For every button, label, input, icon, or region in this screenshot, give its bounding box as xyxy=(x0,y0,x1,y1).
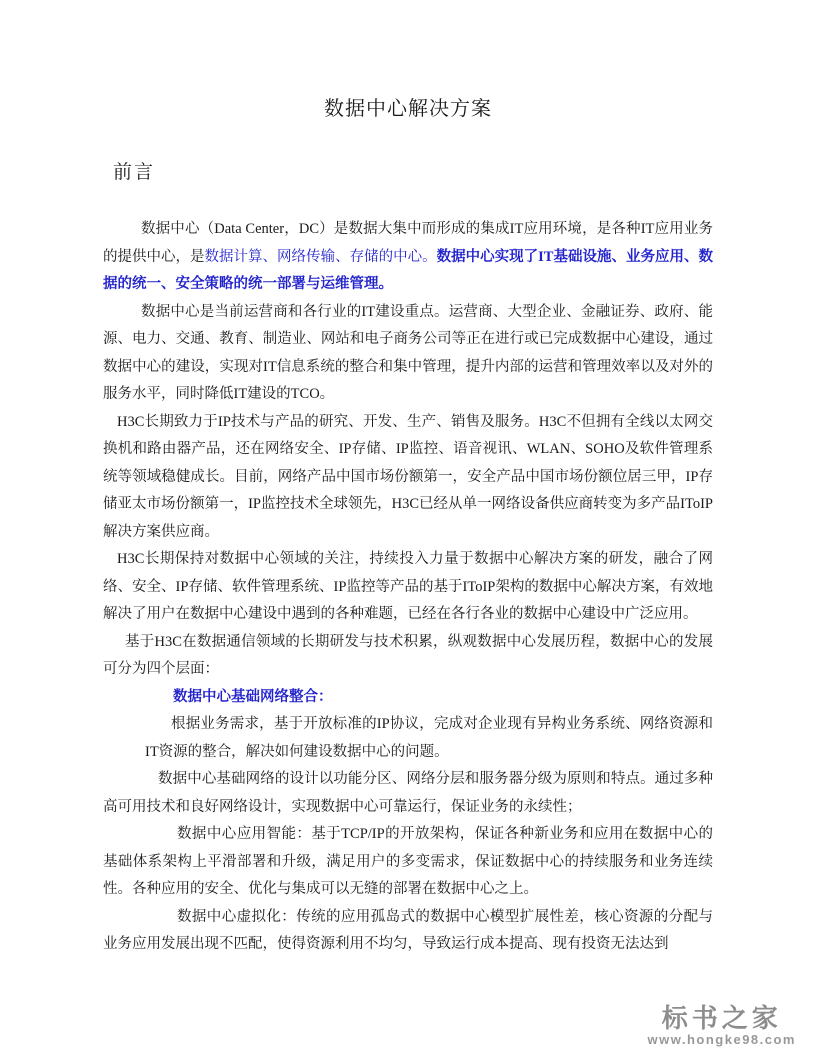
document-title: 数据中心解决方案 xyxy=(103,97,713,121)
document-content: 数据中心解决方案 前言 数据中心（Data Center，DC）是数据大集中而形… xyxy=(0,0,816,959)
paragraph-four-levels-intro: 基于H3C在数据通信领域的长期研发与技术积累，纵观数据中心发展历程，数据中心的发… xyxy=(103,629,713,684)
paragraph-level-app-intelligence: 数据中心应用智能：基于TCP/IP的开放架构，保证各种新业务和应用在数据中心的基… xyxy=(103,821,713,904)
paragraph-level-virtualization: 数据中心虚拟化：传统的应用孤岛式的数据中心模型扩展性差，核心资源的分配与业务应用… xyxy=(103,904,713,959)
intro-text-blue: 数据计算、网络传输、存储的中心。 xyxy=(205,249,437,265)
paragraph-level-integration: 根据业务需求，基于开放标准的IP协议，完成对企业现有异构业务系统、网络资源和IT… xyxy=(145,711,713,766)
paragraph-h3c-datacenter: H3C长期保持对数据中心领域的关注，持续投入力量于数据中心解决方案的研发，融合了… xyxy=(103,546,713,629)
paragraph-h3c-profile: H3C长期致力于IP技术与产品的研究、开发、生产、销售及服务。H3C不但拥有全线… xyxy=(103,409,713,547)
watermark-url-text: www.hongke98.com xyxy=(648,1033,797,1047)
paragraph-it-construction: 数据中心是当前运营商和各行业的IT建设重点。运营商、大型企业、金融证券、政府、能… xyxy=(103,299,713,409)
subheading-network-integration: 数据中心基础网络整合： xyxy=(103,684,713,712)
document-body: 数据中心（Data Center，DC）是数据大集中而形成的集成IT应用环境，是… xyxy=(103,216,713,959)
paragraph-intro: 数据中心（Data Center，DC）是数据大集中而形成的集成IT应用环境，是… xyxy=(103,216,713,299)
watermark: 标书之家 www.hongke98.com xyxy=(648,1005,797,1047)
section-heading-preface: 前言 xyxy=(113,157,713,184)
watermark-brand-text: 标书之家 xyxy=(662,1005,782,1031)
paragraph-level-network-design: 数据中心基础网络的设计以功能分区、网络分层和服务器分级为原则和特点。通过多种高可… xyxy=(103,766,713,821)
document-page: 数据中心解决方案 前言 数据中心（Data Center，DC）是数据大集中而形… xyxy=(0,0,816,1056)
